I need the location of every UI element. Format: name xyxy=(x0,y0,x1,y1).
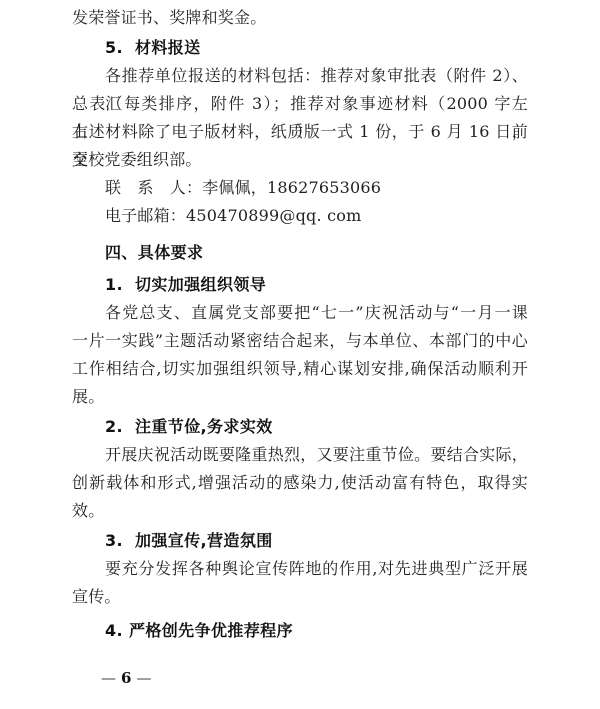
text-line: 各推荐单位报送的材料包括：推荐对象审批表（附件 2）、汇 xyxy=(72,62,528,90)
heading-line: 2. 注重节俭,务求实效 xyxy=(72,413,528,441)
text-line: 开展庆祝活动既要隆重热烈，又要注重节俭。要结合实际， xyxy=(72,441,528,469)
text-line: 联 系 人：李佩佩，18627653066 xyxy=(72,174,528,202)
text-line: 各党总支、直属党支部要把“七一”庆祝活动与“一月一课 xyxy=(72,299,528,327)
footer-dash-right: — xyxy=(136,669,151,687)
heading-line: 5. 材料报送 xyxy=(72,34,528,62)
text-line: 一片一实践”主题活动紧密结合起来，与本单位、本部门的中心 xyxy=(72,327,528,355)
page-footer: —6— xyxy=(96,668,156,688)
text-line: 展。 xyxy=(72,383,528,411)
heading-line: 四、具体要求 xyxy=(72,239,528,267)
page-number: 6 xyxy=(121,669,131,687)
document-page: 发荣誉证书、奖牌和奖金。5. 材料报送各推荐单位报送的材料包括：推荐对象审批表（… xyxy=(0,0,600,709)
heading-line: 1. 切实加强组织领导 xyxy=(72,271,528,299)
text-line: 创新载体和形式,增强活动的感染力,使活动富有特色，取得实 xyxy=(72,469,528,497)
text-line: 宣传。 xyxy=(72,583,528,611)
text-line: 发荣誉证书、奖牌和奖金。 xyxy=(72,4,528,32)
text-line: 效。 xyxy=(72,497,528,525)
text-line: 电子邮箱：450470899@qq. com xyxy=(72,202,528,230)
document-body: 发荣誉证书、奖牌和奖金。5. 材料报送各推荐单位报送的材料包括：推荐对象审批表（… xyxy=(72,4,528,645)
text-line: 至校党委组织部。 xyxy=(72,146,528,174)
text-line: 要充分发挥各种舆论宣传阵地的作用,对先进典型广泛开展 xyxy=(72,555,528,583)
heading-line: 3. 加强宣传,营造氛围 xyxy=(72,527,528,555)
text-line: 工作相结合,切实加强组织领导,精心谋划安排,确保活动顺利开 xyxy=(72,355,528,383)
text-line: 总表（每类排序，附件 3）；推荐对象事迹材料（2000 字左右）， xyxy=(72,90,528,118)
heading-line: 4. 严格创先争优推荐程序 xyxy=(72,617,528,645)
text-line: 上述材料除了电子版材料，纸质版一式 1 份，于 6 月 16 日前交 xyxy=(72,118,528,146)
footer-dash-left: — xyxy=(101,669,116,687)
